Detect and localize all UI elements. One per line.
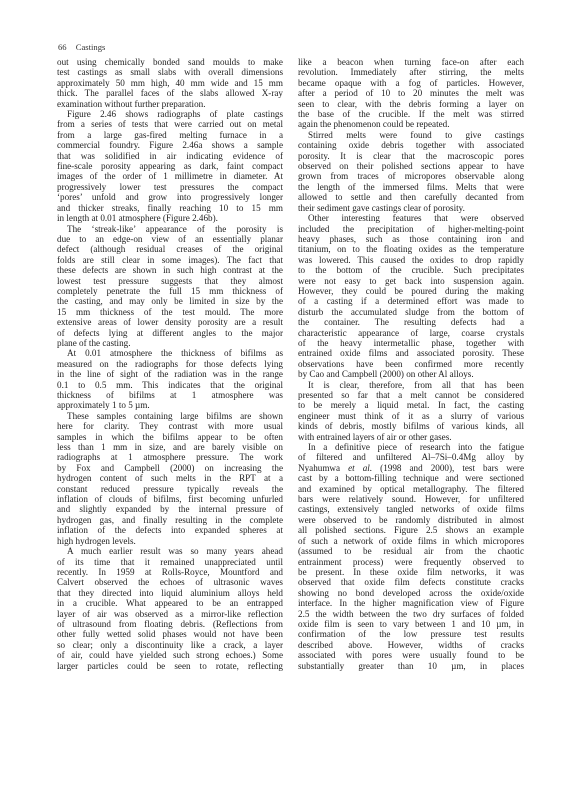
text-line: In a definitive piece of research into t…	[298, 442, 524, 452]
text-line: containing oxide debris together with as…	[298, 140, 524, 150]
text-line: out using chemically bonded sand moulds …	[57, 57, 283, 67]
text-line: substantially greater than 10 µm, in pla…	[298, 661, 524, 671]
text-line: inflation of clouds of bifilms, first be…	[57, 494, 283, 504]
text-line: by Fox and Campbell (2000) on increasing…	[57, 463, 283, 473]
text-line: interface. In the higher magnification v…	[298, 598, 524, 608]
text-line: 0.1 to 0.5 mm. This indicates that the o…	[57, 380, 283, 390]
text-line: presented so far that a melt cannot be c…	[298, 390, 524, 400]
text-line: approximately 1 to 5 µm.	[57, 400, 283, 410]
text-line: revolution. Immediately after stirring, …	[298, 67, 524, 77]
text-line: cast by a bottom-filling technique and w…	[298, 473, 524, 483]
text-line: extensive areas of lower density porosit…	[57, 317, 283, 327]
text-line: and thicker streaks, finally reaching 10…	[57, 203, 283, 213]
text-line: the container. The resulting defects had…	[298, 317, 524, 327]
page-number: 66	[58, 42, 67, 52]
text-line: titanium, on to the floating oxides as t…	[298, 244, 524, 254]
text-line: entrainment process) were frequently obs…	[298, 557, 524, 567]
text-line: layer of air was observed as a mirror-li…	[57, 609, 283, 619]
text-line: bars were relatively sound. However, for…	[298, 494, 524, 504]
text-line: At 0.01 atmosphere the thickness of bifi…	[57, 348, 283, 358]
text-line: showing no bond developed across the oxi…	[298, 588, 524, 598]
text-line: characteristic appearance of large, coar…	[298, 328, 524, 338]
text-line: defect (although residual creases of the…	[57, 244, 283, 254]
text-line: ‘pores’ unfold and grow into progressive…	[57, 192, 283, 202]
text-line: A much earlier result was so many years …	[57, 546, 283, 556]
text-line: Other interesting features that were obs…	[298, 213, 524, 223]
text-line: of ultrasound from floating debris. (Ref…	[57, 619, 283, 629]
text-line: castings, extensively tangled networks o…	[298, 504, 524, 514]
running-title: Castings	[76, 42, 106, 52]
text-line: observed on their polished sections appe…	[298, 161, 524, 171]
text-line: their sediment gave castings clear of po…	[298, 203, 524, 213]
text-line: grown from traces of micropores observab…	[298, 171, 524, 181]
text-line: the base of the crucible. If the melt wa…	[298, 109, 524, 119]
text-line: These samples containing large bifilms a…	[57, 411, 283, 421]
text-line: here for clarity. They contrast with mor…	[57, 421, 283, 431]
text-line: entrained oxide films and associated por…	[298, 348, 524, 358]
text-line: thick. The parallel faces of the slabs a…	[57, 88, 283, 98]
text-line: to be merely a liquid metal. In fact, th…	[298, 400, 524, 410]
text-line: associated with pores were usually found…	[298, 650, 524, 660]
text-line: folds are still clear in some images). T…	[57, 255, 283, 265]
text-line: were observed to be randomly distributed…	[298, 515, 524, 525]
text-line: by Cao and Campbell (2000) on other Al a…	[298, 369, 524, 379]
text-line: and slightly expanded by the internal pr…	[57, 504, 283, 514]
text-line: with entrained layers of air or other ga…	[298, 432, 524, 442]
text-line: like a beacon when turning face-on after…	[298, 57, 524, 67]
text-line: recently. In 1959 at Rolls-Royce, Mountf…	[57, 567, 283, 577]
text-line: of its time that it remained unappreciat…	[57, 557, 283, 567]
text-line: due to an edge-on view of an essentially…	[57, 234, 283, 244]
left-column: out using chemically bonded sand moulds …	[57, 57, 283, 671]
text-line: of air, could have yielded such strong e…	[57, 650, 283, 660]
text-line: seen to clear, with the debris forming a…	[298, 99, 524, 109]
text-line: became opaque with a fog of particles. H…	[298, 78, 524, 88]
text-line: plane of the casting.	[57, 338, 283, 348]
text-line: all polished sections. Figure 2.5 shows …	[298, 525, 524, 535]
text-line: fine-scale porosity appearing as dark, f…	[57, 161, 283, 171]
text-line: the length of the immersed films. Melts …	[298, 182, 524, 192]
text-line: hydrogen content of such melts in the RP…	[57, 473, 283, 483]
text-line: 2.5 the width between the two dry surfac…	[298, 609, 524, 619]
text-line: Stirred melts were found to give casting…	[298, 130, 524, 140]
text-line: to the bottom of the crucible. Such prec…	[298, 265, 524, 275]
text-line: It is clear, therefore, from all that ha…	[298, 380, 524, 390]
text-line: However, they could be poured during the…	[298, 286, 524, 296]
text-line: in length at 0.01 atmosphere (Figure 2.4…	[57, 213, 283, 223]
text-line: described above. However, widths of crac…	[298, 640, 524, 650]
text-line: less than 1 mm in size, and are barely v…	[57, 442, 283, 452]
text-line: after a period of 10 to 20 minutes the m…	[298, 88, 524, 98]
text-line: engineer must think of it as a slurry of…	[298, 411, 524, 421]
text-line: confirmation of the low pressure test re…	[298, 629, 524, 639]
text-line: inflation of the defects into expanded s…	[57, 525, 283, 535]
text-line: high hydrogen levels.	[57, 536, 283, 546]
text-line: of defects lying at different angles to …	[57, 328, 283, 338]
text-line: of such a network of oxide films in whic…	[298, 536, 524, 546]
text-line: allowed to settle and then carefully dec…	[298, 192, 524, 202]
text-line: so clear; only a discontinuity like a cr…	[57, 640, 283, 650]
text-line: that they directed into liquid aluminium…	[57, 588, 283, 598]
text-line: porosity. It is clear that the macroscop…	[298, 151, 524, 161]
text-line: observations have been confirmed more re…	[298, 359, 524, 369]
text-line: and examined by optical metallography. T…	[298, 484, 524, 494]
text-line: other fully wetted solid phases would no…	[57, 629, 283, 639]
text-line: that was solidified in air indicating ev…	[57, 151, 283, 161]
text-line: these defects are shown in such high con…	[57, 265, 283, 275]
text-line: were not easy to get back into suspensio…	[298, 276, 524, 286]
text-line: heavy phases, such as those containing i…	[298, 234, 524, 244]
text-line: samples in which the bifilms appear to b…	[57, 432, 283, 442]
text-line: again the phenomenon could be repeated.	[298, 119, 524, 129]
text-line: disturb the accumulated sludge from the …	[298, 307, 524, 317]
text-line: oxide film is seen to vary between 1 and…	[298, 619, 524, 629]
text-line: the casting, and may only be limited in …	[57, 296, 283, 306]
text-line: larger particles could be seen to rotate…	[57, 661, 283, 671]
text-line: observed that oxide film defects constit…	[298, 577, 524, 587]
text-line: thickness of bifilms at 1 atmosphere was	[57, 390, 283, 400]
text-line: measured on the radiographs for those de…	[57, 359, 283, 369]
text-line: from a large gas-fired melting furnace i…	[57, 130, 283, 140]
text-line: included the precipitation of higher-mel…	[298, 224, 524, 234]
text-line: in a crucible. What appeared to be an en…	[57, 598, 283, 608]
text-line: in the line of sight of the radiation wa…	[57, 369, 283, 379]
text-line: lowest test pressure suggests that they …	[57, 276, 283, 286]
text-line: test castings as small slabs with overal…	[57, 67, 283, 77]
text-line: examination without further preparation.	[57, 99, 283, 109]
running-head: 66 Castings	[58, 42, 105, 52]
text-line: kinds of debris, mostly bifilms of vario…	[298, 421, 524, 431]
text-line: The ‘streak-like’ appearance of the poro…	[57, 224, 283, 234]
text-line: (assumed to be residual air from the cha…	[298, 546, 524, 556]
text-line: Calvert observed the echoes of ultrasoni…	[57, 577, 283, 587]
right-column: like a beacon when turning face-on after…	[298, 57, 524, 671]
text-line: progressively lower test pressures the c…	[57, 182, 283, 192]
text-line: Figure 2.46 shows radiographs of plate c…	[57, 109, 283, 119]
text-line: radiographs at 1 atmosphere pressure. Th…	[57, 452, 283, 462]
text-line: approximately 50 mm high, 40 mm wide and…	[57, 78, 283, 88]
text-line: completely penetrate the full 15 mm thic…	[57, 286, 283, 296]
text-line: images of the order of 1 millimetre in d…	[57, 171, 283, 181]
text-line: commercial foundry. Figure 2.46a shows a…	[57, 140, 283, 150]
text-line: of the heavy intermetallic phase, togeth…	[298, 338, 524, 348]
text-line: constant reduced pressure typically reve…	[57, 484, 283, 494]
text-line: 15 mm thickness of the test mould. The m…	[57, 307, 283, 317]
text-line: hydrogen gas, and finally resulting in t…	[57, 515, 283, 525]
text-line: from a series of tests that were carried…	[57, 119, 283, 129]
text-line: was lowered. This caused the oxides to d…	[298, 255, 524, 265]
text-line: Nyahumwa et al. (1998 and 2000), test ba…	[298, 463, 524, 473]
text-line: be present. In these oxide film networks…	[298, 567, 524, 577]
text-line: of a casting if a determined effort was …	[298, 296, 524, 306]
text-line: of filtered and unfiltered Al–7Si–0.4Mg …	[298, 452, 524, 462]
